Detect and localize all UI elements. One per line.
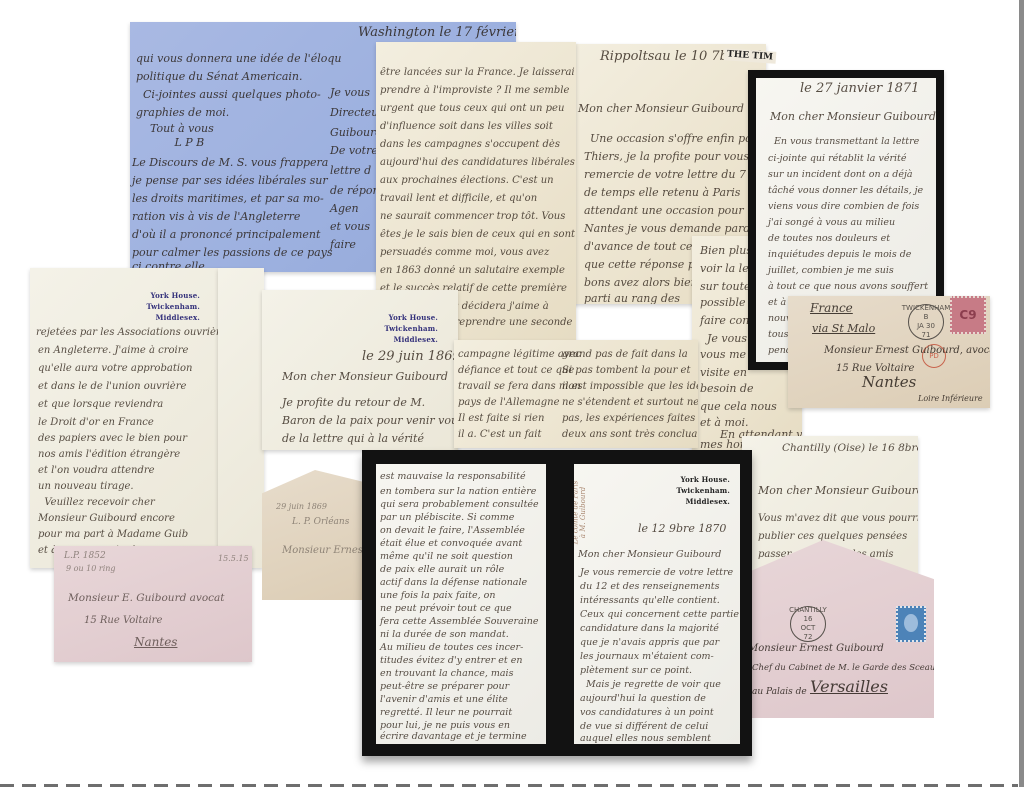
letter-line: qu'elle aura votre approbation: [38, 360, 193, 377]
routing-line: France: [810, 300, 853, 317]
letter-line: Baron de la paix pour venir vous: [282, 412, 458, 429]
letter-line: Je vous: [700, 330, 747, 347]
letter-line: Bien plus: [700, 242, 752, 259]
york-house-letter-1869: York House. Twickenham. Middlesex. le 29…: [262, 290, 458, 450]
letter-line: être lancées sur la France. Je laisserai…: [380, 64, 576, 81]
letter-strip: [218, 268, 264, 568]
letter-line: nos amis l'édition étrangère: [38, 446, 180, 463]
blue-letter-right-col: Je vous: [330, 84, 370, 101]
letterhead-line: Middlesex.: [644, 496, 730, 507]
address-line: au Palais de: [752, 684, 807, 701]
address-line: Versailles: [810, 678, 888, 695]
letter-line: bons avez alors bien: [584, 274, 698, 291]
letter-line: attendant une occasion pour: [584, 202, 744, 219]
letter-line: travail lent et difficile, et qu'on: [380, 190, 537, 207]
letter-line: et que lorsque reviendra: [38, 396, 163, 413]
dateline: Chantilly (Oise) le 16 8bre 72: [782, 440, 918, 457]
blue-letter-line: Le Discours de M. S. vous frappera: [132, 154, 328, 171]
address-line: Chef du Cabinet de M. le Garde des Sceau…: [752, 660, 934, 677]
letterhead: York House. Twickenham. Middlesex.: [644, 474, 730, 507]
salutation: Mon cher Monsieur Guibourd: [770, 108, 936, 125]
letter-line: en Angleterre. J'aime à croire: [38, 342, 188, 359]
letter-line: ne s'étendent et surtout ne: [562, 394, 698, 411]
letterhead-line: York House.: [358, 312, 438, 323]
blue-letter-line: Ci-jointes aussi quelques photo-: [136, 86, 321, 103]
blue-letter-right-col: de répon: [330, 182, 380, 199]
dateline: le 27 janvier 1871: [800, 80, 919, 97]
letter-line: et dans le de l'union ouvrière: [38, 378, 186, 395]
mourning-letter-right-page: York House. Twickenham. Middlesex. Le co…: [574, 464, 740, 744]
address-line: 15 Rue Voltaire: [84, 612, 162, 629]
letter-line: visite en: [700, 364, 747, 381]
letter-line: sur un incident dont on a déjà: [768, 166, 913, 183]
letter-line: pays de l'Allemagne: [458, 394, 560, 411]
envelope-corner-note: 15.5.15: [218, 550, 249, 567]
letter-line: Monsieur Guibourd encore: [38, 510, 175, 527]
letter-line: viens vous dire combien de fois: [768, 198, 919, 215]
york-house-letter-left: York House. Twickenham. Middlesex. rejet…: [30, 268, 220, 568]
letter-line: défiance et tout ce que: [458, 362, 574, 379]
envelope-note: 9 ou 10 ring: [66, 560, 116, 577]
letter-line: juillet, combien je me suis: [768, 262, 894, 279]
letterhead-line: York House.: [644, 474, 730, 485]
blue-letter-line: ration vis à vis de l'Angleterre: [132, 208, 300, 225]
cream-fold-letter: campagne légitime avec défiance et tout …: [454, 340, 698, 448]
twickenham-postmark: TWICKENHAM B JA 30 71: [908, 304, 944, 340]
letter-line: de temps elle retenu à Paris: [584, 184, 740, 201]
address-line: Monsieur Ernest Guibourd, avocat: [824, 342, 990, 359]
blue-letter-line: d'où il a prononcé principalement: [132, 226, 320, 243]
letterhead: York House. Twickenham. Middlesex.: [358, 312, 438, 345]
letter-line: Il est faite si rien: [458, 410, 544, 427]
salutation: Mon cher Monsieur Guibourd: [578, 100, 744, 117]
letter-line: parti au rang des: [584, 290, 680, 304]
letter-line: Une occasion s'offre enfin pour: [590, 130, 764, 147]
letter-line: que cela nous: [700, 398, 777, 415]
letter-line: à tout ce que nous avons souffert: [768, 278, 928, 295]
letter-line: possible: [700, 294, 746, 311]
blue-ceres-stamp: [896, 606, 926, 642]
chantilly-postmark: CHANTILLY 16 OCT 72: [790, 606, 826, 642]
letter-line: dans les campagnes s'occupent dès: [380, 136, 560, 153]
letter-line: sur toute: [700, 278, 751, 295]
letter-line: Si pas tombent la pour et: [562, 362, 690, 379]
salutation: Mon cher Monsieur Guibourd: [282, 368, 448, 385]
blue-letter-right-col: lettre d: [330, 162, 371, 179]
envelope-note: Loire Inférieure: [918, 390, 983, 407]
letterhead-line: York House.: [120, 290, 200, 301]
letter-line: est mauvaise la responsabilité: [380, 470, 526, 483]
letter-line: j'ai songé à vous au milieu: [768, 214, 895, 231]
letter-line: prendre à l'improviste ? Il me semble: [380, 82, 569, 99]
mourning-letter-left-page: est mauvaise la responsabilité en tomber…: [376, 464, 546, 744]
routing-line: via St Malo: [812, 320, 875, 337]
letter-line: il est impossible que les idées: [562, 378, 698, 395]
nantes-envelope: L.P. 1852 9 ou 10 ring 15.5.15 Monsieur …: [54, 546, 252, 662]
letterhead-line: Middlesex.: [358, 334, 438, 345]
blue-letter-right-col: De votre: [330, 142, 378, 159]
dateline: Washington le 17 février 1852: [358, 24, 516, 41]
blue-letter-line: je pense par ses idées libérales sur: [132, 172, 328, 189]
letter-line: inquiétudes depuis le mois de: [768, 246, 911, 263]
letter-line: ne saurait commencer trop tôt. Vous: [380, 208, 565, 225]
letter-line: Thiers, je la profite pour vous: [584, 148, 749, 165]
letter-line: Vous m'avez dit que vous pourriez: [758, 510, 918, 527]
letterhead-line: Twickenham.: [358, 323, 438, 334]
dateline: le 29 juin 1869: [362, 348, 458, 365]
letter-line: êtes je le sais bien de ceux qui en sont: [380, 226, 575, 243]
address-line: Nantes: [862, 374, 916, 391]
letter-line: auquel elles nous semblent: [580, 730, 711, 744]
salutation: Mon cher Monsieur Guibourd: [758, 482, 918, 499]
letter-line: grand pas de fait dans la: [562, 346, 688, 363]
dateline: le 12 9bre 1870: [638, 520, 726, 537]
letter-line: il a. C'est un fait: [458, 426, 541, 443]
flap-envelope: 29 juin 1869 L. P. Orléans Monsieur Erne…: [262, 470, 368, 600]
letter-line: Nantes je vous demande pardon: [584, 220, 764, 237]
letterhead: York House. Twickenham. Middlesex.: [120, 290, 200, 323]
letter-line: persuadés comme moi, vous avez: [380, 244, 549, 261]
blue-letter-line: graphies de moi.: [136, 104, 229, 121]
envelope-note: 29 juin 1869: [276, 498, 327, 515]
blue-letter-line: qui vous donnera une idée de l'éloqu: [136, 50, 341, 67]
letter-line: de toutes nos douleurs et: [768, 230, 890, 247]
letter-line: aujourd'hui des candidatures libérales: [380, 154, 575, 171]
letter-line: pas, les expériences faites: [562, 410, 695, 427]
letter-line: le Droit d'or en France: [38, 414, 154, 431]
letter-line: un nouveau tirage.: [38, 478, 134, 495]
letter-line: Je profite du retour de M.: [282, 394, 425, 411]
letter-line: pour ma part à Madame Guib: [38, 526, 188, 543]
letter-line: aux prochaines élections. C'est un: [380, 172, 554, 189]
letter-line: ci-jointe qui rétablit la vérité: [768, 150, 906, 167]
blue-letter-right-col: Guibourd: [330, 124, 382, 141]
letter-line: urgent que tous ceux qui ont un peu: [380, 100, 564, 117]
red-postage-stamp: C9: [950, 296, 986, 334]
salutation: Mon cher Monsieur Guibourd: [578, 546, 721, 563]
letter-line: Veuillez recevoir cher: [38, 494, 155, 511]
blue-letter-signature: L P B: [136, 134, 204, 151]
letter-line: en 1863 donné un salutaire exemple: [380, 262, 565, 279]
letter-line: besoin de: [700, 380, 753, 397]
letter-line: vous me: [700, 346, 746, 363]
letter-line: des papiers avec le bien pour: [38, 430, 187, 447]
letter-line: publier ces quelques pensées: [758, 528, 907, 545]
envelope-note: L. P. Orléans: [292, 514, 349, 531]
margin-note: à M. Guibourd: [575, 487, 592, 538]
mourning-letter-1870: est mauvaise la responsabilité en tomber…: [362, 450, 752, 756]
address-line: Monsieur Ernest Guibourd: [748, 640, 884, 657]
letter-line: de la lettre qui à la vérité: [282, 430, 424, 447]
blue-letter-line: les droits maritimes, et par sa mo-: [132, 190, 324, 207]
blue-letter-right-col: Agen: [330, 200, 359, 217]
letterhead-line: Twickenham.: [644, 485, 730, 496]
letter-line: et l'on voudra attendre: [38, 462, 155, 479]
address-line: Monsieur Ernest: [282, 542, 367, 559]
letter-line: deux ans sont très concluantes: [562, 426, 698, 443]
letterhead-line: Twickenham.: [120, 301, 200, 312]
blue-letter-right-col: et vous: [330, 218, 370, 235]
vertical-scrollbar[interactable]: [1019, 0, 1024, 787]
address-line: Monsieur E. Guibourd avocat: [68, 590, 225, 607]
letter-line: d'influence soit dans les villes soit: [380, 118, 553, 135]
france-envelope: France via St Malo TWICKENHAM B JA 30 71…: [788, 296, 990, 408]
letter-line: En vous transmettant la lettre: [774, 134, 919, 149]
letter-line: tâché vous donner les détails, je: [768, 182, 923, 199]
letter-line: rejetées par les Associations ouvrières: [36, 324, 220, 341]
blue-letter-line: politique du Sénat Americain.: [136, 68, 302, 85]
letterhead-line: Middlesex.: [120, 312, 200, 323]
letter-line: remercie de votre lettre du 7: [584, 166, 746, 183]
address-line: Nantes: [134, 634, 177, 651]
letter-line: écrire davantage et je termine: [380, 728, 527, 744]
blue-letter-right-col: faire: [330, 236, 356, 253]
